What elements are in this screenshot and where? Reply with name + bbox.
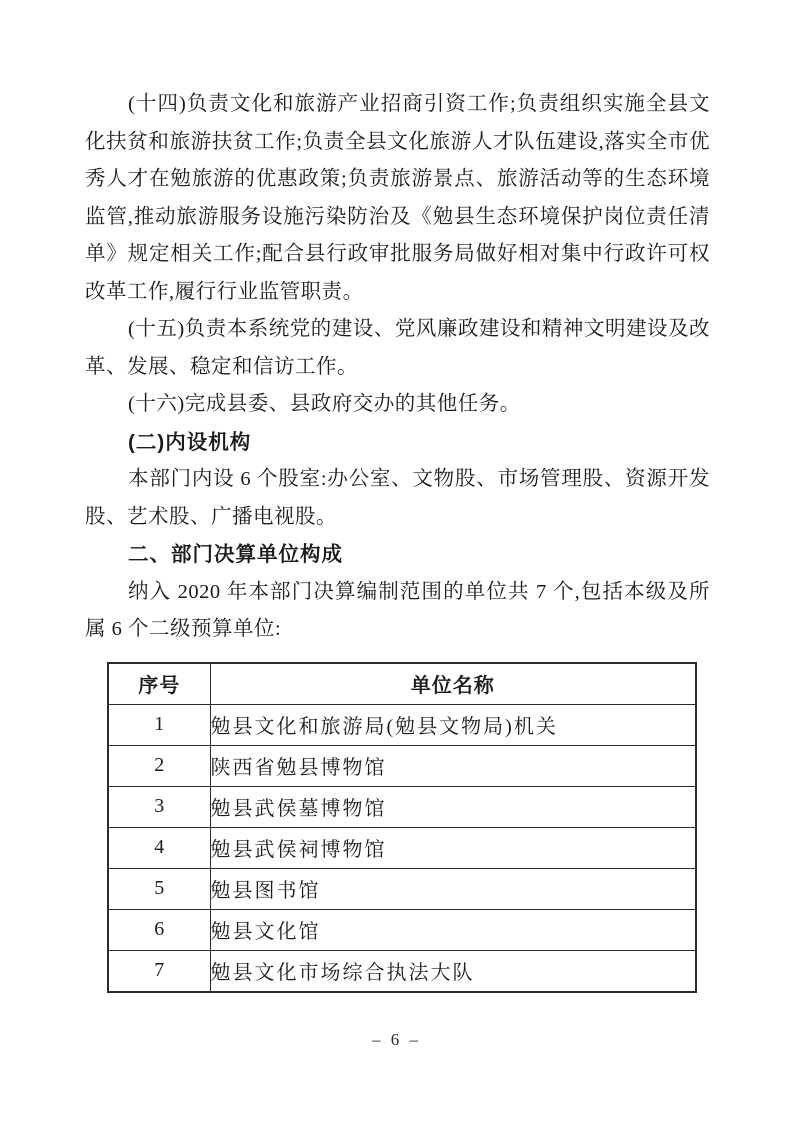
unit-name: 勉县武侯祠博物馆 (210, 827, 696, 868)
unit-name: 陕西省勉县博物馆 (210, 745, 696, 786)
table-row: 5 勉县图书馆 (108, 868, 696, 909)
table-row: 2 陕西省勉县博物馆 (108, 745, 696, 786)
table-row: 6 勉县文化馆 (108, 909, 696, 950)
unit-name: 勉县文化和旅游局(勉县文物局)机关 (210, 704, 696, 745)
unit-index: 7 (108, 950, 210, 992)
table-header-row: 序号 单位名称 (108, 663, 696, 705)
unit-index: 6 (108, 909, 210, 950)
document-page: (十四)负责文化和旅游产业招商引资工作;负责组织实施全县文化扶贫和旅游扶贫工作;… (0, 0, 793, 1122)
table-row: 3 勉县武侯墓博物馆 (108, 786, 696, 827)
column-header-index: 序号 (108, 663, 210, 705)
unit-index: 5 (108, 868, 210, 909)
paragraph-item-14: (十四)负责文化和旅游产业招商引资工作;负责组织实施全县文化扶贫和旅游扶贫工作;… (85, 86, 710, 311)
paragraph-unit-scope: 纳入 2020 年本部门决算编制范围的单位共 7 个,包括本级及所属 6 个二级… (85, 574, 710, 649)
paragraph-item-16: (十六)完成县委、县政府交办的其他任务。 (85, 386, 710, 424)
column-header-unit-name: 单位名称 (210, 663, 696, 705)
unit-index: 3 (108, 786, 210, 827)
table-row: 4 勉县武侯祠博物馆 (108, 827, 696, 868)
budget-unit-table: 序号 单位名称 1 勉县文化和旅游局(勉县文物局)机关 2 陕西省勉县博物馆 3… (107, 662, 697, 993)
paragraph-internal-orgs: 本部门内设 6 个股室:办公室、文物股、市场管理股、资源开发股、艺术股、广播电视… (85, 461, 710, 536)
unit-index: 2 (108, 745, 210, 786)
unit-index: 1 (108, 704, 210, 745)
heading-unit-composition: 二、部门决算单位构成 (85, 536, 710, 574)
heading-internal-orgs: (二)内设机构 (85, 424, 710, 462)
page-number: – 6 – (0, 1030, 793, 1050)
table-row: 7 勉县文化市场综合执法大队 (108, 950, 696, 992)
unit-name: 勉县武侯墓博物馆 (210, 786, 696, 827)
unit-name: 勉县文化市场综合执法大队 (210, 950, 696, 992)
table-row: 1 勉县文化和旅游局(勉县文物局)机关 (108, 704, 696, 745)
document-body: (十四)负责文化和旅游产业招商引资工作;负责组织实施全县文化扶贫和旅游扶贫工作;… (85, 86, 710, 993)
unit-name: 勉县文化馆 (210, 909, 696, 950)
unit-index: 4 (108, 827, 210, 868)
unit-name: 勉县图书馆 (210, 868, 696, 909)
paragraph-item-15: (十五)负责本系统党的建设、党风廉政建设和精神文明建设及改革、发展、稳定和信访工… (85, 311, 710, 386)
